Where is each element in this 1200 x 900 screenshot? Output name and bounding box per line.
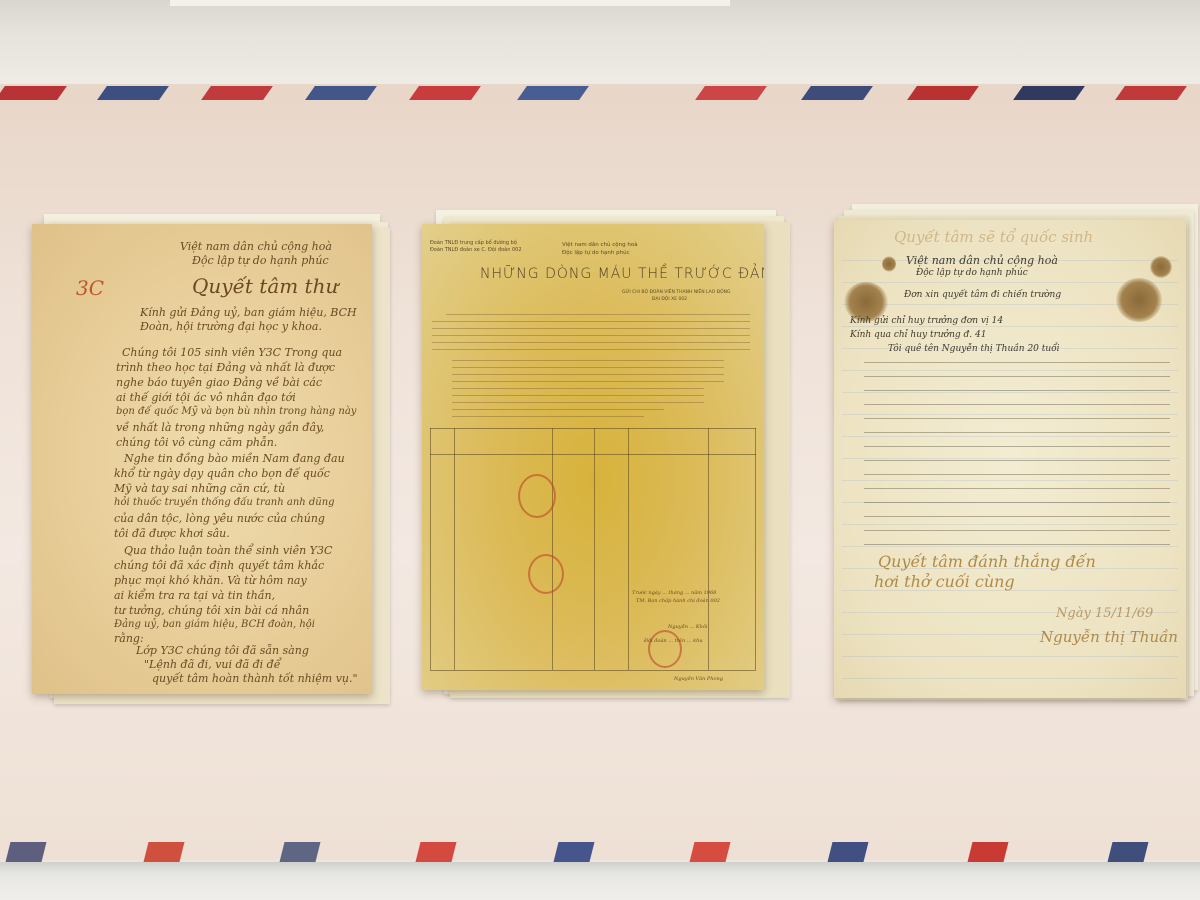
text-line bbox=[452, 360, 724, 361]
ruled-line bbox=[842, 480, 1178, 481]
stripe-blue bbox=[1108, 842, 1149, 862]
addressee-line2: Đoàn, hội trường đại học y khoa. bbox=[140, 320, 322, 333]
table-border bbox=[430, 670, 756, 671]
text-line bbox=[864, 460, 1170, 461]
text-line bbox=[452, 416, 644, 417]
body-line: Qua thảo luận toàn thể sinh viên Y3C bbox=[124, 544, 332, 557]
text-line bbox=[864, 530, 1170, 531]
body-line: nghe báo tuyên giao Đảng về bài các bbox=[116, 376, 322, 389]
stripe-red bbox=[690, 842, 731, 862]
body-line: ai thế giới tội ác vô nhân đạo tới bbox=[116, 391, 296, 404]
airmail-stripes-bottom bbox=[0, 842, 1200, 862]
table-border bbox=[708, 428, 709, 670]
closing-line2: hơi thở cuối cùng bbox=[874, 572, 1015, 591]
stain bbox=[1116, 278, 1162, 322]
table-border bbox=[552, 428, 553, 670]
table-border bbox=[454, 428, 455, 670]
signature-line: TM. Ban chấp hành chi đoàn 002 bbox=[636, 598, 720, 604]
stripe-red bbox=[968, 842, 1009, 862]
stripe-blue bbox=[1013, 86, 1085, 100]
body-line: bọn đế quốc Mỹ và bọn bù nhìn trong hàng… bbox=[116, 406, 356, 417]
stripe-red bbox=[144, 842, 185, 862]
table-border bbox=[755, 428, 756, 670]
text-line bbox=[864, 488, 1170, 489]
text-line bbox=[452, 409, 664, 410]
text-line bbox=[864, 474, 1170, 475]
document-nhung-dong-mau: Đoàn TNLĐ trung cấp bổ đường bộ Đoàn TNL… bbox=[422, 224, 764, 690]
corner-line2: Đoàn TNLĐ đoàn xe C. Đội đoàn 002 bbox=[430, 247, 522, 253]
body-line: ai kiểm tra ra tại và tin thần, bbox=[114, 589, 275, 602]
text-line bbox=[452, 367, 724, 368]
closing-line1: Quyết tâm đánh thắng đến bbox=[878, 552, 1096, 571]
text-line bbox=[864, 544, 1170, 545]
stripe-red bbox=[0, 86, 67, 100]
text-line bbox=[864, 362, 1170, 363]
stripe-blue bbox=[305, 86, 377, 100]
body-line: Chúng tôi 105 sinh viên Y3C Trong qua bbox=[122, 346, 342, 359]
document-stack-middle: Đoàn TNLĐ trung cấp bổ đường bộ Đoàn TNL… bbox=[420, 210, 792, 696]
doc-title: NHỮNG DÒNG MÁU THỀ TRƯỚC ĐẢNG bbox=[480, 266, 764, 282]
text-line bbox=[864, 418, 1170, 419]
text-line bbox=[864, 446, 1170, 447]
ruled-line bbox=[842, 458, 1178, 459]
faded-title: Quyết tâm sẽ tổ quốc sinh bbox=[894, 228, 1093, 246]
document-stack-left: Việt nam dân chủ cộng hoà Độc lập tự do … bbox=[30, 214, 390, 704]
stripe-blue bbox=[280, 842, 321, 862]
stain bbox=[882, 256, 896, 272]
body-line: Nghe tin đồng bào miền Nam đang đau bbox=[124, 452, 345, 465]
text-line bbox=[432, 328, 750, 329]
body-line: quyết tâm hoàn thành tốt nhiệm vụ." bbox=[152, 672, 358, 685]
stripe-blue bbox=[97, 86, 169, 100]
body-line: của dân tộc, lòng yêu nước của chúng bbox=[114, 512, 325, 525]
signature: Nguyễn thị Thuần bbox=[1040, 628, 1178, 646]
text-line bbox=[432, 349, 750, 350]
stain bbox=[1150, 256, 1172, 278]
stripe-blue bbox=[517, 86, 589, 100]
body-line: Lớp Y3C chúng tôi đã sẵn sàng bbox=[136, 644, 309, 657]
text-line bbox=[452, 381, 724, 382]
doc-header-line1: Việt nam dân chủ cộng hoà bbox=[906, 254, 1058, 267]
ruled-line bbox=[842, 370, 1178, 371]
red-stamp bbox=[648, 630, 682, 668]
addressee-line1: Kính gửi Đảng uỷ, ban giám hiệu, BCH bbox=[140, 306, 357, 319]
body-line: hỏi thuốc truyền thống đấu tranh anh dũn… bbox=[114, 497, 335, 508]
body-line: tư tưởng, chúng tôi xin bài cá nhân bbox=[114, 604, 309, 617]
stripe-red bbox=[695, 86, 767, 100]
text-line bbox=[432, 321, 750, 322]
ruled-line bbox=[842, 656, 1178, 657]
text-line bbox=[432, 342, 750, 343]
stripe-red bbox=[907, 86, 979, 100]
body-line: tôi đã được khơi sâu. bbox=[114, 527, 230, 540]
text-line bbox=[452, 402, 704, 403]
signature-line: Trước ngày ... tháng ... năm 1968 bbox=[632, 590, 716, 596]
red-stamp bbox=[518, 474, 556, 518]
text-line bbox=[452, 395, 704, 396]
stripe-red bbox=[1115, 86, 1187, 100]
text-line bbox=[864, 404, 1170, 405]
stripe-blue bbox=[6, 842, 47, 862]
wall-top bbox=[0, 0, 1200, 86]
ruled-line bbox=[842, 392, 1178, 393]
signature-line: Nguyễn ... Khôi bbox=[668, 624, 707, 630]
text-line bbox=[432, 335, 750, 336]
ceiling-strip bbox=[170, 0, 730, 6]
margin-mark: 3C bbox=[76, 276, 104, 300]
table-border bbox=[430, 428, 431, 670]
text-line bbox=[864, 390, 1170, 391]
red-stamp bbox=[528, 554, 564, 594]
doc-subtitle-line2: ĐẠI ĐỘI XE 002 bbox=[652, 297, 687, 302]
text-line bbox=[864, 376, 1170, 377]
table-border bbox=[594, 428, 595, 670]
body-line: chúng tôi đã xác định quyết tâm khắc bbox=[114, 559, 324, 572]
document-quyet-tam-di-chien-truong: Quyết tâm sẽ tổ quốc sinh Việt nam dân c… bbox=[834, 220, 1186, 698]
text-line bbox=[446, 314, 750, 315]
table-border bbox=[628, 428, 629, 670]
body-line: Mỹ và tay sai những căn cứ, tù bbox=[114, 482, 285, 495]
subject: Đơn xin quyết tâm đi chiến trường bbox=[904, 290, 1061, 300]
stripe-blue bbox=[828, 842, 869, 862]
addressee-line2: Kính qua chỉ huy trưởng đ. 41 bbox=[850, 330, 986, 340]
stripe-red bbox=[409, 86, 481, 100]
text-line bbox=[452, 388, 704, 389]
ruled-line bbox=[842, 524, 1178, 525]
doc-subtitle-line1: GỬI CHI BỘ ĐOÀN VIÊN THANH NIÊN LAO ĐỘNG bbox=[622, 290, 731, 295]
signature-line: Đội đoàn ... trên ... khu bbox=[644, 638, 703, 644]
text-line bbox=[864, 432, 1170, 433]
text-line bbox=[864, 516, 1170, 517]
body-line: trình theo học tại Đảng và nhất là được bbox=[116, 361, 335, 374]
ruled-line bbox=[842, 326, 1178, 327]
ruled-line bbox=[842, 436, 1178, 437]
ruled-line bbox=[842, 678, 1178, 679]
doc-header-line2: Độc lập tự do hạnh phúc bbox=[192, 254, 329, 267]
body-line: khổ từ ngày dạy quân cho bọn đế quốc bbox=[114, 467, 330, 480]
addressee-line1: Kính gửi chỉ huy trưởng đơn vị 14 bbox=[850, 316, 1003, 326]
document-stack-right: Quyết tâm sẽ tổ quốc sinh Việt nam dân c… bbox=[830, 204, 1200, 700]
signature-line: Nguyễn Văn Phong bbox=[674, 676, 723, 682]
ruled-line bbox=[842, 546, 1178, 547]
wall-bottom bbox=[0, 862, 1200, 900]
doc-header-line1: Việt nam dân chủ cộng hoà bbox=[562, 242, 638, 248]
intro-line: Tôi quê tên Nguyễn thị Thuần 20 tuổi bbox=[888, 344, 1060, 354]
text-line bbox=[452, 374, 724, 375]
stripe-blue bbox=[554, 842, 595, 862]
document-quyet-tam-thu: Việt nam dân chủ cộng hoà Độc lập tự do … bbox=[32, 224, 372, 694]
stripe-blue bbox=[801, 86, 873, 100]
doc-header-line2: Độc lập tự do hạnh phúc bbox=[916, 268, 1028, 278]
body-line: "Lệnh đã đi, vui đã đi để bbox=[144, 658, 280, 671]
body-line: phục mọi khó khăn. Và từ hôm nay bbox=[114, 574, 307, 587]
corner-line1: Đoàn TNLĐ trung cấp bổ đường bộ bbox=[430, 240, 517, 246]
airmail-stripes-top bbox=[0, 86, 1200, 106]
doc-header-line2: Độc lập tự do hạnh phúc bbox=[562, 250, 630, 256]
date: Ngày 15/11/69 bbox=[1056, 606, 1153, 621]
ruled-line bbox=[842, 414, 1178, 415]
doc-header-line1: Việt nam dân chủ cộng hoà bbox=[180, 240, 332, 253]
body-line: về nhất là trong những ngày gần đây, bbox=[116, 421, 324, 434]
body-line: Đảng uỷ, ban giám hiệu, BCH đoàn, hội bbox=[114, 619, 315, 630]
stripe-red bbox=[201, 86, 273, 100]
stripe-red bbox=[416, 842, 457, 862]
text-line bbox=[864, 502, 1170, 503]
doc-title: Quyết tâm thư bbox=[192, 274, 338, 298]
body-line: chúng tôi vô cùng căm phẫn. bbox=[116, 436, 277, 449]
